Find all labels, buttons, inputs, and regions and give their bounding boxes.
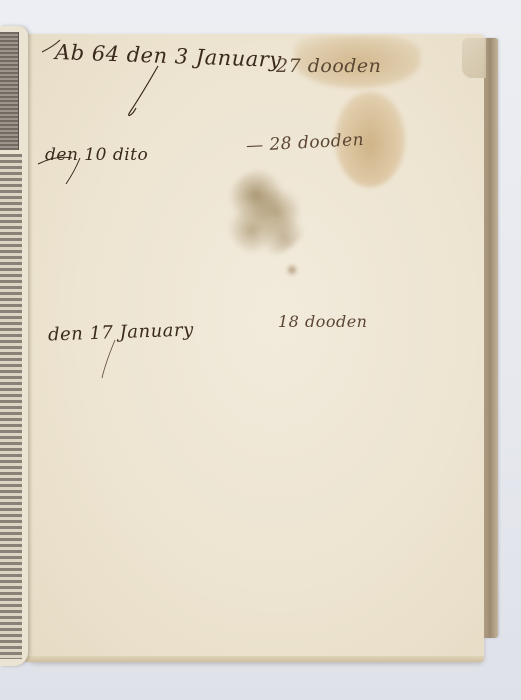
page-edge (22, 656, 484, 662)
facing-printed-page (0, 26, 28, 666)
page-corner-fold (462, 38, 486, 78)
manuscript-page (22, 34, 484, 662)
printed-text-column (0, 154, 22, 659)
entry-2-date: den 10 dito (45, 145, 148, 165)
foxing-stain (228, 170, 308, 255)
entry-3-count: 18 dooden (278, 312, 367, 331)
stain-spot (288, 266, 296, 274)
woodcut-illustration (0, 32, 19, 150)
entry-1-count: 27 dooden (276, 55, 381, 77)
